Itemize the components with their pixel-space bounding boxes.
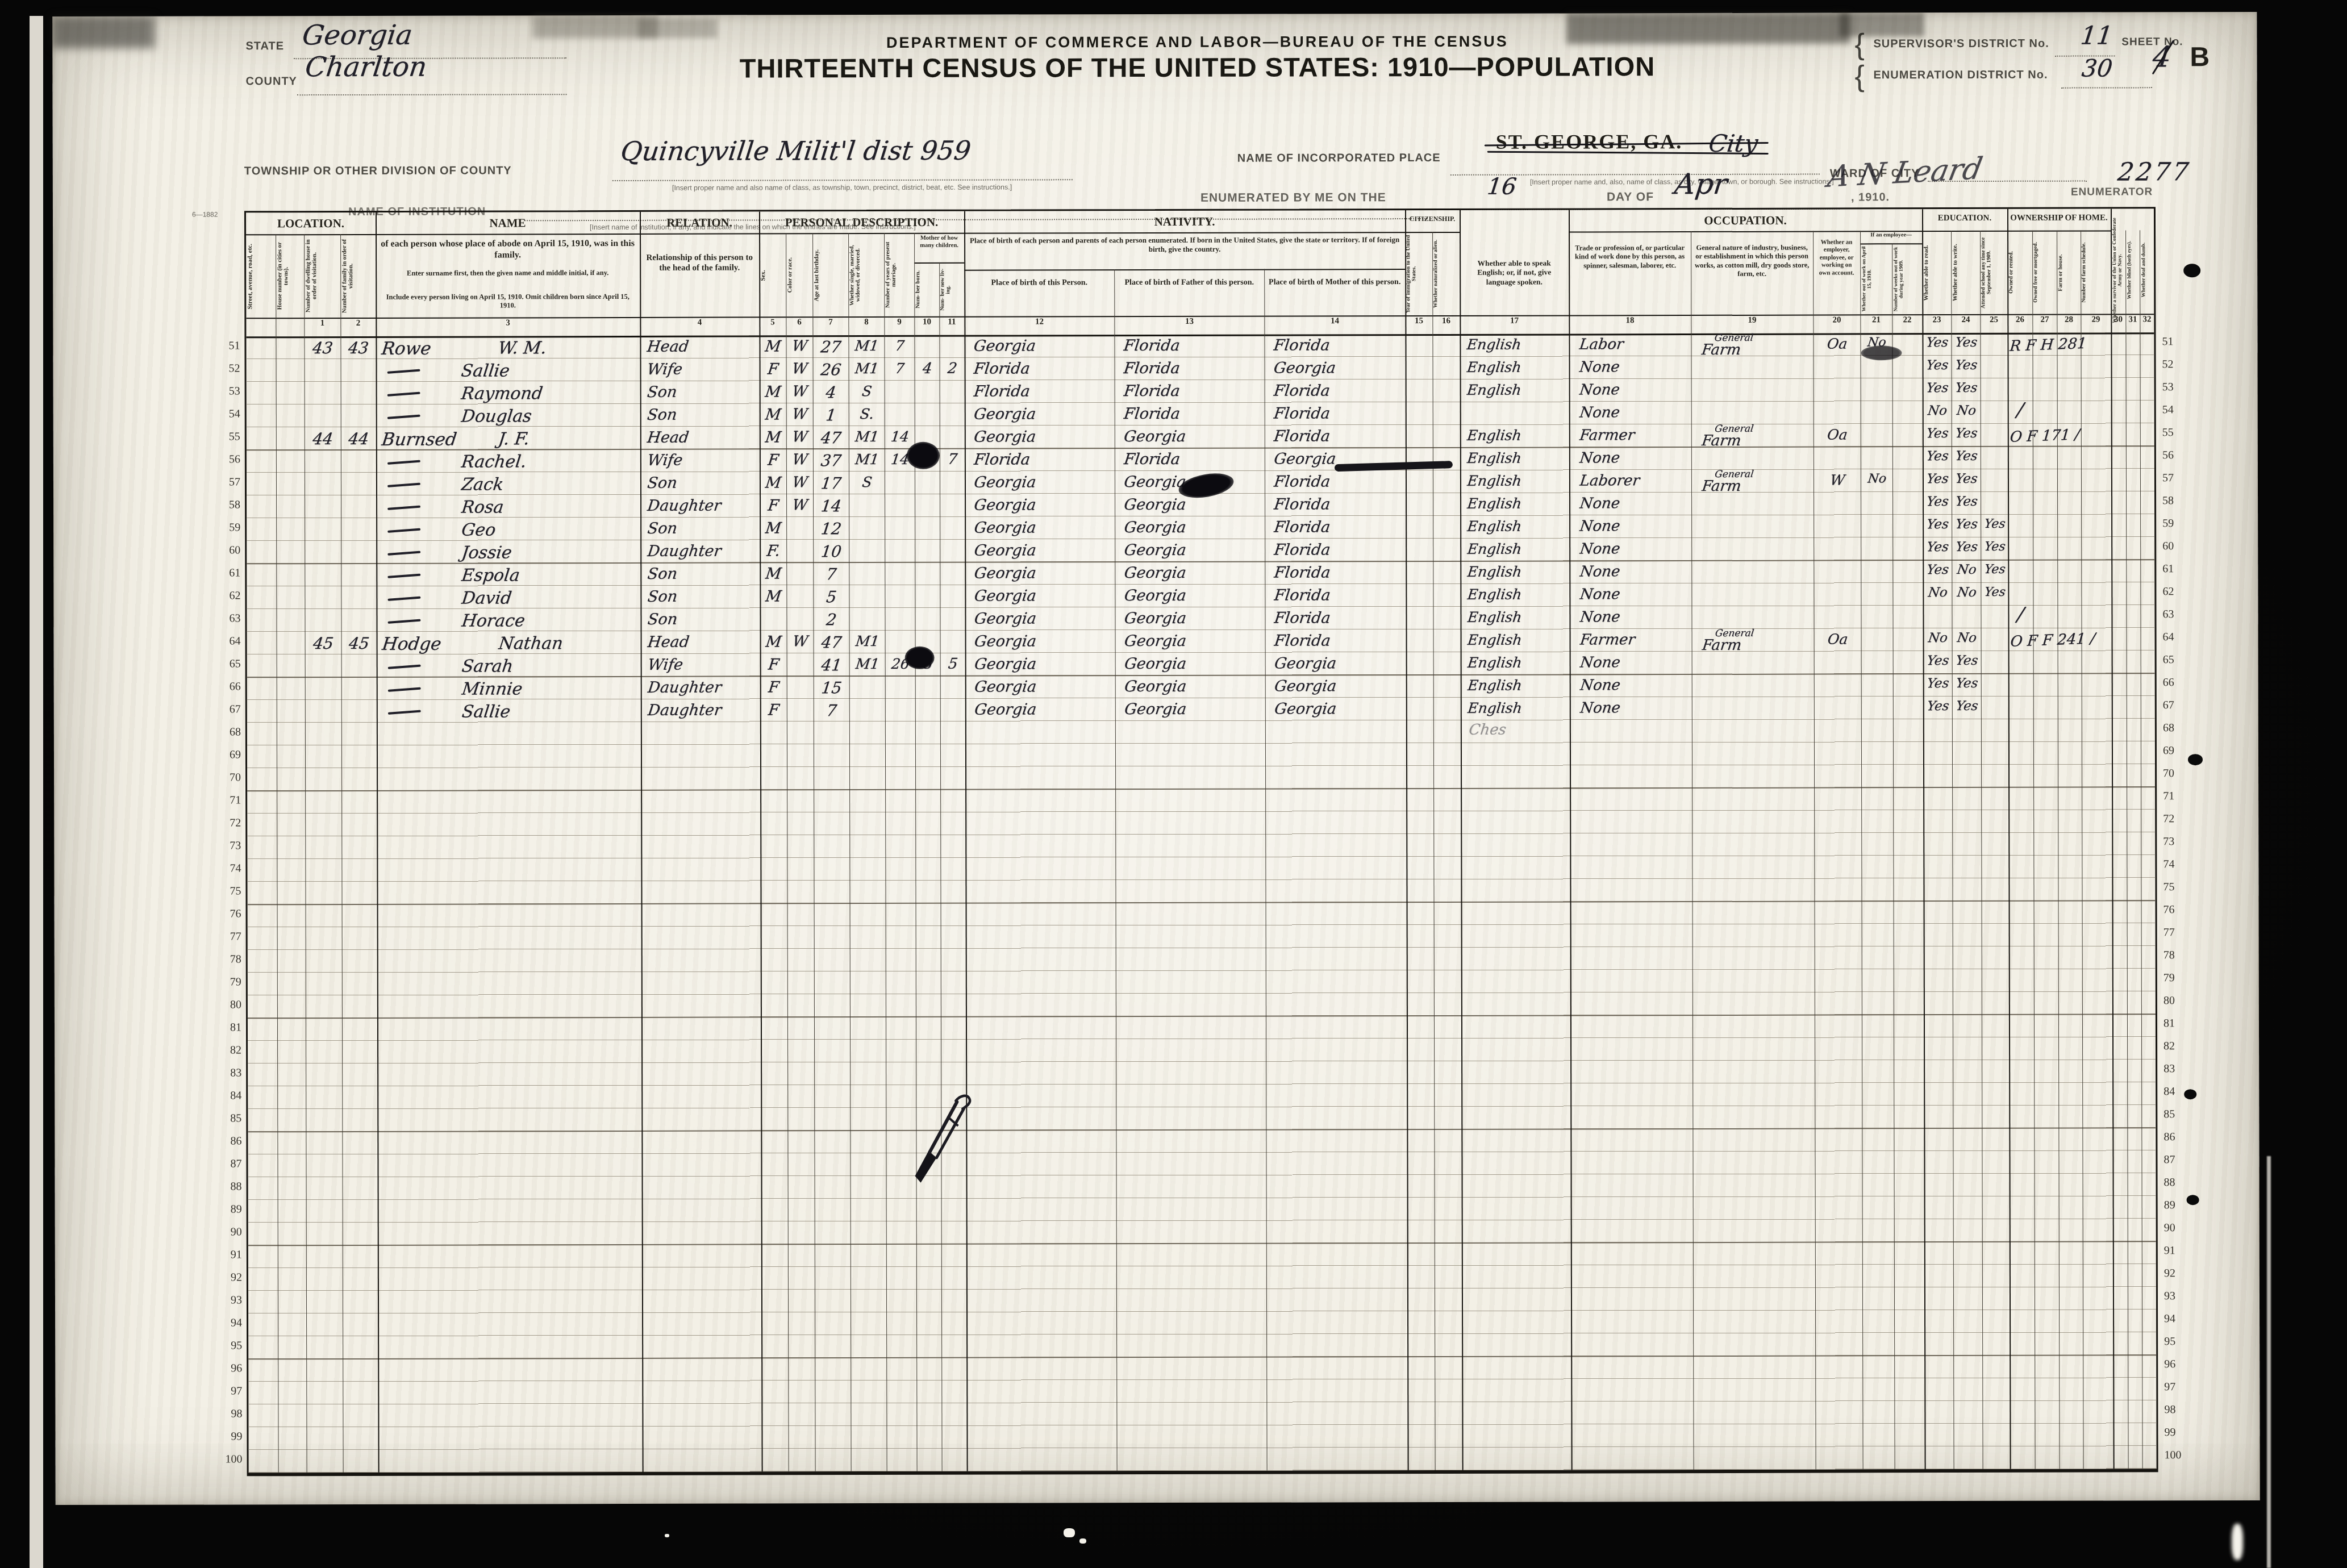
cell-given: Zack (460, 474, 633, 498)
cell-english: English (1465, 381, 1570, 404)
line-number: 51 (2162, 335, 2187, 348)
cell-write: Yes (1950, 699, 1982, 722)
column-header-free: Owned free or mortgaged. (2033, 233, 2056, 312)
column-number-color: 6 (786, 318, 812, 333)
cell-english: English (1466, 472, 1571, 495)
column-number-yrs: 9 (884, 318, 914, 333)
line-number: 92 (223, 1271, 242, 1284)
cell-trade: None (1578, 654, 1693, 677)
cell-english: English (1466, 563, 1571, 586)
line-number: 99 (2164, 1426, 2189, 1439)
enumerator-signature: A N Leard (1825, 152, 1985, 194)
column-header-name_note1: Enter surname first, then the given name… (379, 269, 636, 286)
cell-ownership-check: / (2007, 603, 2035, 626)
enumerated-day: 16 (1486, 174, 1518, 200)
line-number: 74 (222, 862, 241, 875)
line-number: 66 (2163, 676, 2188, 689)
line-number: 87 (222, 1157, 241, 1170)
cell-given: Minnie (460, 679, 633, 702)
cell-relation: Son (645, 383, 761, 406)
cell-given: Douglas (460, 406, 633, 429)
line-numbers-right: 5152535455565758596061626364656667686970… (2158, 207, 2190, 1467)
cell-age: 2 (812, 610, 851, 633)
cell-pob_father: Florida (1122, 451, 1266, 474)
cell-english: English (1466, 518, 1571, 540)
cell-age: 27 (811, 337, 850, 360)
cell-pob_mother: Florida (1273, 473, 1407, 495)
column-number-natal: 16 (1432, 316, 1460, 332)
cell-pob: Georgia (972, 337, 1116, 360)
cell-pob_mother: Florida (1273, 632, 1407, 654)
line-number: 53 (221, 385, 240, 398)
line-number: 71 (222, 794, 241, 807)
cell-pob: Georgia (973, 541, 1116, 565)
incorporated-place-label: NAME OF INCORPORATED PLACE (1237, 152, 1441, 165)
cell-english: English (1466, 540, 1571, 563)
line-number: 80 (2163, 994, 2188, 1007)
employee-subrule (1860, 243, 1922, 244)
column-header-immig: Year of immigration to the United States… (1406, 234, 1431, 314)
film-edge-strip (30, 16, 43, 1568)
line-number: 67 (2163, 699, 2188, 712)
cell-write: Yes (1950, 517, 1982, 540)
column-header-marital: Whether single, married, widowed, or div… (849, 235, 883, 315)
cell-pob: Georgia (973, 587, 1116, 610)
cell-pob_father: Florida (1122, 382, 1266, 406)
column-number-trade: 18 (1569, 316, 1691, 332)
column-header-pobm: Place of birth of Mother of this person. (1268, 277, 1402, 314)
cell-marital: S (847, 383, 886, 406)
cell-age: 47 (811, 428, 850, 451)
cell-age: 1 (811, 406, 850, 428)
column-number-immig: 15 (1405, 316, 1432, 332)
cell-pob: Georgia (972, 405, 1116, 428)
column-header-pob: Place of birth of this Person. (968, 278, 1111, 315)
line-number: 69 (2163, 744, 2188, 757)
column-header-blind: Whether blind (both eyes). (2127, 211, 2138, 329)
column-header-school: Attended school any time since September… (1981, 233, 2006, 312)
cell-read: Yes (1921, 449, 1953, 472)
line-number: 97 (2164, 1381, 2189, 1394)
column-number-dwelling: 1 (304, 319, 340, 335)
line-number: 83 (2163, 1062, 2188, 1075)
film-speck (1079, 1538, 1086, 1544)
cell-pob_mother: Florida (1272, 404, 1407, 427)
ink-smudge (1861, 345, 1902, 360)
cell-relation: Wife (645, 360, 761, 383)
line-number: 65 (222, 657, 241, 670)
cell-english: English (1466, 699, 1571, 722)
state-value: Georgia (301, 19, 414, 51)
census-table: LOCATION.NAMERELATION.PERSONAL DESCRIPTI… (244, 207, 2158, 1476)
cell-read: Yes (1921, 335, 1953, 358)
line-number: 87 (2163, 1153, 2188, 1166)
cell-age: 7 (812, 565, 851, 587)
cell-pob_mother: Florida (1273, 518, 1407, 541)
line-number: 97 (223, 1384, 242, 1398)
cell-pob_father: Georgia (1123, 632, 1266, 656)
cell-age: 17 (812, 474, 851, 497)
line-number: 89 (223, 1203, 242, 1216)
enumeration-district-value: 30 (2081, 54, 2114, 82)
cell-children_living: 2 (938, 360, 966, 383)
column-header-english: Whether able to speak English; or, if no… (1463, 258, 1565, 304)
cell-sex: M (758, 428, 787, 451)
state-label: STATE (245, 40, 284, 53)
line-number: 76 (2163, 903, 2188, 916)
cell-ownership-check: / (2006, 399, 2034, 422)
cell-sex: M (758, 565, 788, 587)
line-number: 85 (222, 1112, 241, 1125)
cell-color: W (785, 474, 815, 497)
supervisor-district-label: SUPERVISOR'S DISTRICT No. (1873, 37, 2049, 51)
cell-given: Horace (460, 611, 633, 634)
cell-pob_mother: Florida (1273, 541, 1407, 564)
cell-color: W (785, 497, 815, 519)
cell-write: No (1950, 631, 1982, 653)
brace-icon: { (1854, 27, 1865, 61)
cell-given: J. F. (497, 429, 636, 452)
cell-trade: None (1578, 586, 1693, 608)
cell-given: Geo (460, 520, 633, 543)
line-number: 86 (2163, 1131, 2188, 1144)
cell-read: Yes (1921, 517, 1953, 540)
cell-pob: Georgia (973, 655, 1116, 678)
cell-pob_father: Georgia (1123, 700, 1266, 724)
county-value: Charlton (303, 51, 428, 83)
cell-pob_mother: Georgia (1273, 654, 1407, 677)
cell-english: English (1466, 495, 1571, 518)
line-number: 89 (2164, 1199, 2189, 1212)
line-number: 78 (222, 953, 241, 966)
stray-ink-mark: Ches (1467, 721, 1579, 744)
cell-pob: Georgia (973, 519, 1116, 542)
cell-relation: Daughter (646, 678, 761, 701)
cell-sex: M (758, 474, 788, 497)
line-number: 63 (2162, 608, 2187, 621)
cell-sex: F. (758, 542, 788, 565)
cell-trade: None (1578, 518, 1693, 540)
cell-pob_father: Florida (1122, 337, 1266, 360)
cell-relation: Son (645, 406, 761, 428)
line-number: 83 (222, 1066, 241, 1079)
line-number: 76 (222, 907, 241, 920)
column-number-oow: 21 (1860, 315, 1892, 331)
column-header-name_note2: Include every person living on April 15,… (379, 293, 636, 316)
line-number: 77 (2163, 926, 2188, 939)
county-line (297, 94, 567, 95)
cell-pob: Georgia (973, 632, 1116, 656)
cell-read: No (1921, 403, 1953, 426)
cell-english: English (1466, 677, 1571, 699)
cell-read: Yes (1921, 472, 1953, 494)
cell-english: English (1465, 427, 1570, 449)
cell-write: Yes (1950, 381, 1982, 403)
line-number: 55 (2162, 426, 2187, 439)
cell-sex: M (758, 406, 787, 428)
cell-years_married: 7 (883, 337, 916, 360)
cell-relation: Son (646, 519, 761, 542)
line-number: 73 (222, 839, 241, 852)
cell-relation: Wife (645, 451, 761, 474)
cell-marital: S (848, 474, 886, 497)
cell-given: Rachel. (460, 452, 633, 475)
line-number: 52 (2162, 358, 2187, 371)
cell-write: No (1950, 585, 1982, 608)
cell-write: Yes (1950, 653, 1982, 676)
column-header-natal: Whether naturalized or alien. (1433, 234, 1458, 314)
line-number: 54 (221, 407, 240, 420)
line-number: 59 (221, 521, 240, 534)
cell-trade: None (1578, 563, 1693, 586)
ink-dot (2183, 264, 2200, 277)
line-number: 51 (220, 339, 240, 352)
column-number-pob: 12 (964, 317, 1114, 333)
line-number: 72 (2163, 812, 2188, 825)
cell-color: W (785, 633, 815, 656)
cell-trade: None (1578, 381, 1692, 404)
cell-relation: Daughter (646, 497, 761, 519)
column-header-mother: Mother of how many children. (918, 235, 961, 264)
column-number-name: 3 (376, 318, 640, 335)
cell-pob: Georgia (972, 428, 1116, 451)
film-speck (665, 1534, 669, 1537)
cell-age: 26 (811, 360, 850, 383)
line-number: 84 (222, 1089, 241, 1102)
cell-industry: Farm (1700, 341, 1825, 364)
line-number: 82 (2163, 1040, 2188, 1053)
cell-trade: Farmer (1578, 631, 1693, 654)
line-number: 93 (2164, 1290, 2189, 1303)
column-header-color: Color or race. (787, 235, 811, 315)
township-line (612, 179, 1073, 181)
line-number: 58 (221, 498, 240, 511)
cell-trade: Laborer (1578, 472, 1693, 495)
scan-background: STATE Georgia COUNTY Charlton DEPARTMENT… (0, 0, 2347, 1568)
line-number: 61 (2162, 562, 2187, 576)
cell-english: English (1465, 336, 1570, 358)
cell-pob_mother: Florida (1273, 564, 1407, 586)
cell-pob_father: Florida (1122, 360, 1266, 383)
sheet-label: SHEET No. (2121, 36, 2183, 48)
cell-pob_mother: Florida (1272, 336, 1407, 359)
cell-pob_father: Georgia (1123, 587, 1266, 610)
ink-dot (2184, 1089, 2196, 1099)
cell-sex: M (758, 633, 788, 656)
line-number: 60 (2162, 540, 2187, 553)
line-number: 54 (2162, 403, 2187, 416)
line-number: 64 (2163, 631, 2188, 644)
line-number: 95 (223, 1339, 242, 1352)
column-header-write: Whether able to write. (1952, 233, 1979, 312)
department-line: DEPARTMENT OF COMMERCE AND LABOR—BUREAU … (743, 32, 1652, 52)
cell-pob_father: Florida (1122, 405, 1266, 428)
film-speck (1064, 1528, 1075, 1537)
top-smudge (637, 19, 717, 38)
enumerator-label: ENUMERATOR (2071, 186, 2153, 198)
column-number-schedule: 29 (2081, 315, 2111, 331)
line-number: 62 (221, 589, 240, 602)
cell-trade: None (1578, 495, 1693, 518)
cell-dwelling: 44 (303, 429, 342, 452)
cell-industry: Farm (1700, 637, 1825, 660)
cell-surname: Hodge (381, 633, 508, 656)
cell-pob: Georgia (973, 610, 1116, 633)
cell-sex: M (758, 519, 788, 542)
column-header-street: Street, avenue, road, etc. (247, 236, 274, 316)
line-number: 88 (223, 1180, 242, 1193)
cell-surname: Burnsed (380, 429, 508, 452)
cell-pob_mother: Florida (1272, 427, 1407, 450)
pen-doodle (911, 1084, 979, 1186)
column-number-family: 2 (340, 319, 376, 335)
cell-pob_father: Georgia (1123, 564, 1266, 587)
cell-pob_father: Georgia (1123, 655, 1266, 678)
cell-english: English (1466, 654, 1571, 677)
brace-icon: { (1854, 59, 1865, 93)
column-number-read: 23 (1922, 315, 1951, 331)
line-number: 98 (223, 1407, 242, 1420)
cell-pob: Florida (972, 360, 1116, 383)
column-header-industry: General nature of industry, business, or… (1694, 244, 1810, 312)
cell-pob: Georgia (973, 700, 1116, 724)
column-number-marital: 8 (848, 318, 884, 333)
line-number: 94 (2164, 1312, 2189, 1325)
line-number: 65 (2163, 653, 2188, 666)
cell-children_living: 5 (939, 656, 966, 678)
cell-relation: Daughter (646, 542, 761, 565)
cell-read: Yes (1921, 676, 1953, 699)
line-number: 74 (2163, 858, 2188, 871)
cell-write: Yes (1950, 676, 1982, 699)
cell-write: Yes (1950, 426, 1982, 449)
line-number: 61 (221, 566, 240, 579)
cell-sex: F (758, 360, 787, 383)
line-number: 81 (222, 1021, 241, 1034)
cell-age: 4 (811, 383, 850, 406)
cell-sex: F (758, 678, 788, 701)
column-number-english: 17 (1460, 316, 1569, 332)
line-number: 56 (2162, 449, 2187, 462)
line-number: 59 (2162, 517, 2187, 530)
column-header-name_main: of each person whose place of abode on A… (379, 238, 636, 265)
column-number-owned: 26 (2007, 315, 2032, 331)
enumerated-year: , 1910. (1851, 191, 1890, 204)
cell-english: English (1465, 358, 1570, 381)
line-number: 86 (222, 1135, 241, 1148)
column-number-weeks: 22 (1892, 315, 1922, 331)
line-number: 72 (222, 816, 241, 829)
cell-read: Yes (1921, 381, 1953, 403)
cell-marital: M1 (847, 360, 886, 383)
cell-pob: Georgia (973, 564, 1116, 587)
cell-school: Yes (1979, 540, 2010, 562)
line-number: 92 (2164, 1267, 2189, 1280)
column-number-write: 24 (1951, 315, 1980, 331)
column-header-dwelling: Number of dwelling house in order of vis… (305, 236, 339, 316)
line-number: 91 (2164, 1244, 2189, 1257)
line-number: 81 (2163, 1017, 2188, 1030)
cell-sex: F (758, 451, 787, 474)
cell-marital: S. (847, 406, 886, 428)
column-number-farmhouse: 28 (2057, 315, 2081, 331)
cell-age: 12 (812, 519, 851, 542)
line-number: 57 (221, 476, 240, 489)
line-number: 70 (222, 771, 241, 784)
cell-write: Yes (1950, 449, 1982, 472)
cell-relation: Head (645, 337, 761, 360)
cell-color: W (785, 337, 814, 360)
column-header-pobf: Place of birth of Father of this person. (1118, 278, 1261, 315)
cell-given: Sallie (460, 361, 633, 384)
cell-read: Yes (1921, 699, 1953, 722)
column-header-weeks: Number of weeks out of work during year … (1893, 245, 1921, 312)
line-number: 91 (223, 1248, 242, 1261)
cell-pob: Georgia (973, 678, 1116, 701)
cell-trade: None (1578, 358, 1692, 381)
cell-pob: Georgia (973, 496, 1116, 519)
cell-relation: Son (646, 587, 761, 610)
cell-age: 41 (812, 656, 851, 678)
township-note: [Insert proper name and also name of cla… (672, 184, 1012, 192)
cell-pob_father: Georgia (1123, 610, 1266, 633)
county-label: COUNTY (245, 75, 297, 88)
column-number-living: 11 (939, 318, 964, 333)
cell-read: Yes (1921, 562, 1953, 585)
cell-given: Raymond (460, 383, 633, 407)
line-number: 93 (223, 1294, 242, 1307)
column-number-born: 10 (914, 318, 939, 333)
column-number-blind: 31 (2125, 315, 2140, 331)
column-header-born: Num- ber born. (915, 265, 938, 315)
cell-english: English (1466, 631, 1571, 654)
cell-relation: Wife (646, 656, 761, 678)
line-number: 95 (2164, 1335, 2189, 1348)
cell-write: Yes (1950, 358, 1982, 381)
enumerated-month: Apr (1673, 168, 1729, 201)
line-number: 100 (223, 1453, 243, 1466)
cell-out_of_work: No (1860, 472, 1894, 494)
cell-trade: Labor (1578, 336, 1692, 358)
cell-given: David (460, 588, 633, 611)
line-number: 78 (2163, 949, 2188, 962)
cell-trade: None (1578, 404, 1692, 427)
sheet-stamp-number: 2277 (2116, 157, 2192, 186)
column-number-industry: 19 (1691, 316, 1813, 332)
line-number: 98 (2164, 1403, 2189, 1416)
cell-children_living: 7 (938, 451, 966, 474)
cell-given: W. M. (497, 338, 636, 361)
column-number-deaf: 32 (2140, 315, 2154, 331)
cell-marital: M1 (847, 428, 886, 451)
column-header-deaf: Whether deaf and dumb. (2141, 211, 2153, 329)
census-title: THIRTEENTH CENSUS OF THE UNITED STATES: … (686, 51, 1708, 84)
cell-dwelling: 43 (303, 339, 342, 361)
cell-write: No (1950, 562, 1982, 585)
line-number: 58 (2162, 494, 2187, 507)
cell-dwelling: 45 (303, 634, 343, 657)
cell-read: Yes (1921, 494, 1953, 517)
line-number: 94 (223, 1316, 242, 1329)
cell-sex: F (758, 701, 788, 724)
enumeration-district-label: ENUMERATION DISTRICT No. (1873, 69, 2048, 82)
line-number: 64 (222, 635, 241, 648)
line-number: 85 (2163, 1108, 2188, 1121)
line-number: 68 (2163, 722, 2188, 735)
cell-sex: M (758, 337, 787, 360)
cell-marital: M1 (847, 451, 886, 474)
township-label: TOWNSHIP OR OTHER DIVISION OF COUNTY (244, 164, 512, 178)
